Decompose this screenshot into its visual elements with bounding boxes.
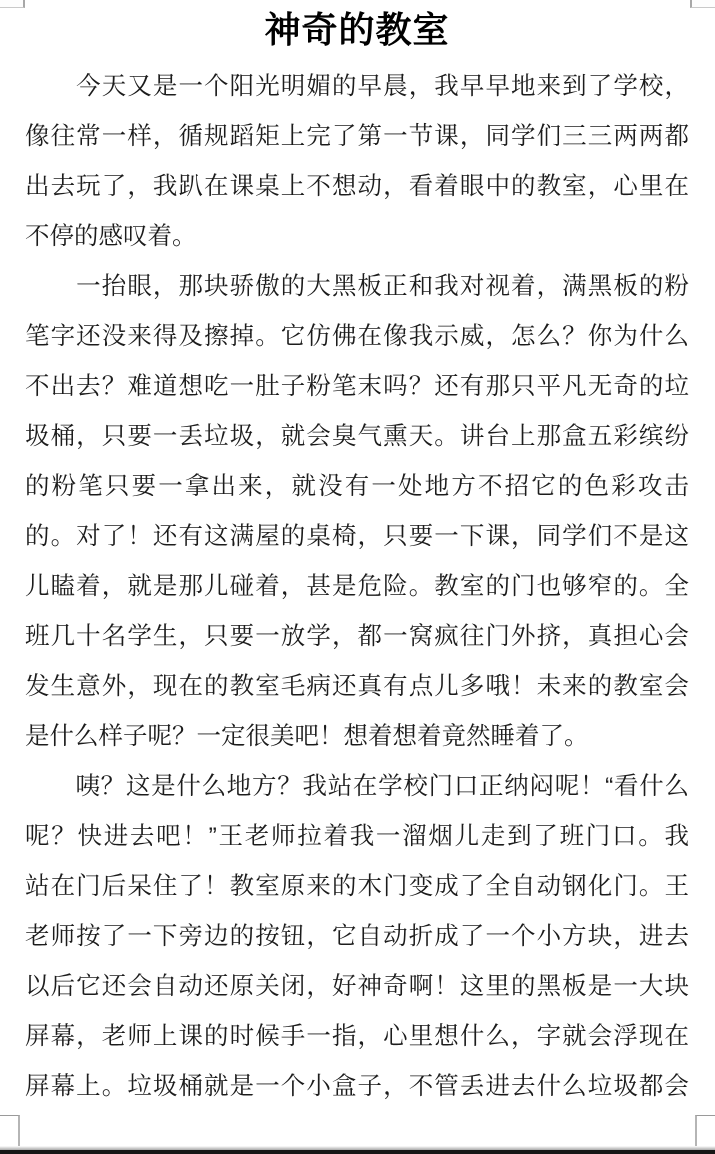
paragraph: 今天又是一个阳光明媚的早晨，我早早地来到了学校，像往常一样，循规蹈矩上完了第一节… [25, 62, 689, 262]
text-line: 的。对了！还有这满屋的桌椅，只要一下课，同学们不是这 [25, 512, 689, 562]
text-line: 的粉笔只要一拿出来，就没有一处地方不招它的色彩攻击 [25, 462, 689, 512]
text-line: 不出去？难道想吃一肚子粉笔末吗？还有那只平凡无奇的垃 [25, 362, 689, 412]
text-line: 呢？快进去吧！”王老师拉着我一溜烟儿走到了班门口。我 [25, 812, 689, 862]
text-line: 咦？这是什么地方？我站在学校门口正纳闷呢！“看什么 [25, 762, 689, 812]
text-line: 老师按了一下旁边的按钮，它自动折成了一个小方块，进去 [25, 912, 689, 962]
previous-page-corner-right [690, 0, 715, 8]
text-line: 儿瞌着，就是那儿碰着，甚是危险。教室的门也够窄的。全 [25, 562, 689, 612]
text-line: 不停的感叹着。 [25, 212, 689, 262]
text-line: 屏幕，老师上课的时候手一指，心里想什么，字就会浮现在 [25, 1012, 689, 1062]
text-line: 一抬眼，那块骄傲的大黑板正和我对视着，满黑板的粉 [25, 262, 689, 312]
text-line: 班几十名学生，只要一放学，都一窝疯往门外挤，真担心会 [25, 612, 689, 662]
text-line: 笔字还没来得及擦掉。它仿佛在像我示威，怎么？你为什么 [25, 312, 689, 362]
text-line: 是什么样子呢？一定很美吧！想着想着竟然睡着了。 [25, 712, 689, 762]
previous-page-corner-left [0, 0, 25, 8]
text-line: 发生意外，现在的教室毛病还真有点儿多哦！未来的教室会 [25, 662, 689, 712]
text-line: 以后它还会自动还原关闭，好神奇啊！这里的黑板是一大块 [25, 962, 689, 1012]
page-gap-bar [0, 1150, 715, 1154]
paragraph: 咦？这是什么地方？我站在学校门口正纳闷呢！“看什么呢？快进去吧！”王老师拉着我一… [25, 762, 689, 1112]
page-title: 神奇的教室 [25, 6, 689, 54]
text-line: 屏幕上。垃圾桶就是一个小盒子，不管丢进去什么垃圾都会 [25, 1062, 689, 1112]
text-line: 像往常一样，循规蹈矩上完了第一节课，同学们三三两两都 [25, 112, 689, 162]
text-boundary-mark-bottom-left [0, 1115, 20, 1147]
paragraph: 一抬眼，那块骄傲的大黑板正和我对视着，满黑板的粉笔字还没来得及擦掉。它仿佛在像我… [25, 262, 689, 762]
text-line: 出去玩了，我趴在课桌上不想动，看着眼中的教室，心里在 [25, 162, 689, 212]
document-body: 今天又是一个阳光明媚的早晨，我早早地来到了学校，像往常一样，循规蹈矩上完了第一节… [25, 62, 689, 1112]
text-line: 今天又是一个阳光明媚的早晨，我早早地来到了学校， [25, 62, 689, 112]
text-line: 圾桶，只要一丢垃圾，就会臭气熏天。讲台上那盒五彩缤纷 [25, 412, 689, 462]
document-page: 神奇的教室 今天又是一个阳光明媚的早晨，我早早地来到了学校，像往常一样，循规蹈矩… [25, 6, 689, 1112]
text-boundary-mark-bottom-right [695, 1115, 715, 1147]
text-line: 站在门后呆住了！教室原来的木门变成了全自动钢化门。王 [25, 862, 689, 912]
